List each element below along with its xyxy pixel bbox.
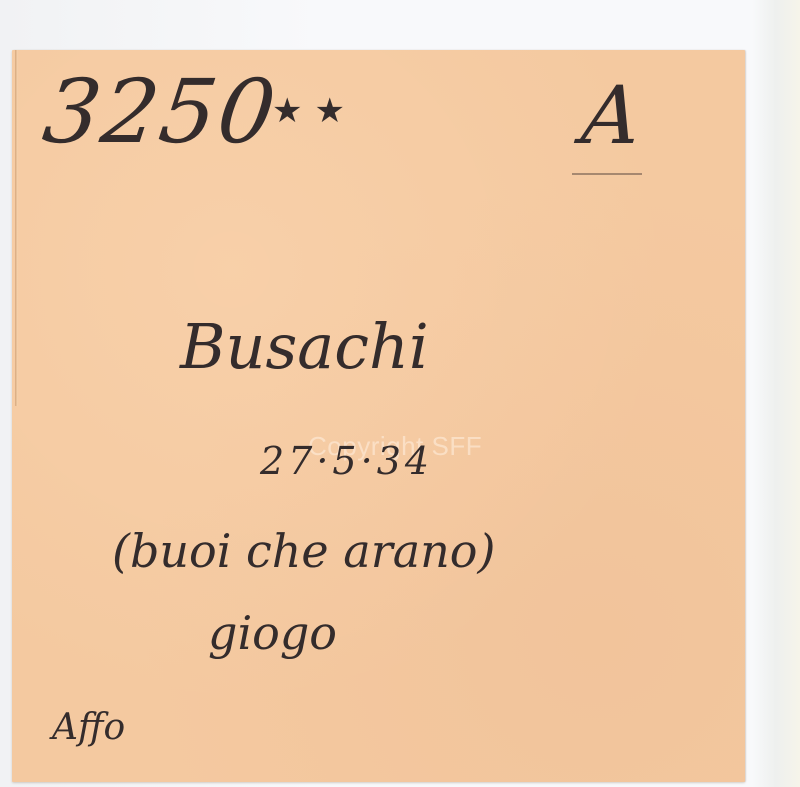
place-name: Busachi <box>180 316 429 378</box>
scan-background: 3250 ★★ A Busachi Copyright SFF 27·5·34 … <box>0 0 800 787</box>
rating-stars-icon: ★★ <box>272 94 357 128</box>
archival-card: 3250 ★★ A Busachi Copyright SFF 27·5·34 … <box>12 50 745 782</box>
author-initials: Affo <box>52 710 125 746</box>
grade-letter: A <box>571 76 652 156</box>
date-text: 27·5·34 <box>260 442 433 480</box>
grade-underline <box>572 173 642 175</box>
subject-text: giogo <box>208 610 337 656</box>
catalog-number: 3250 <box>30 68 291 156</box>
paper-fold-edge <box>15 50 18 406</box>
caption-text: (buoi che arano) <box>112 528 495 574</box>
